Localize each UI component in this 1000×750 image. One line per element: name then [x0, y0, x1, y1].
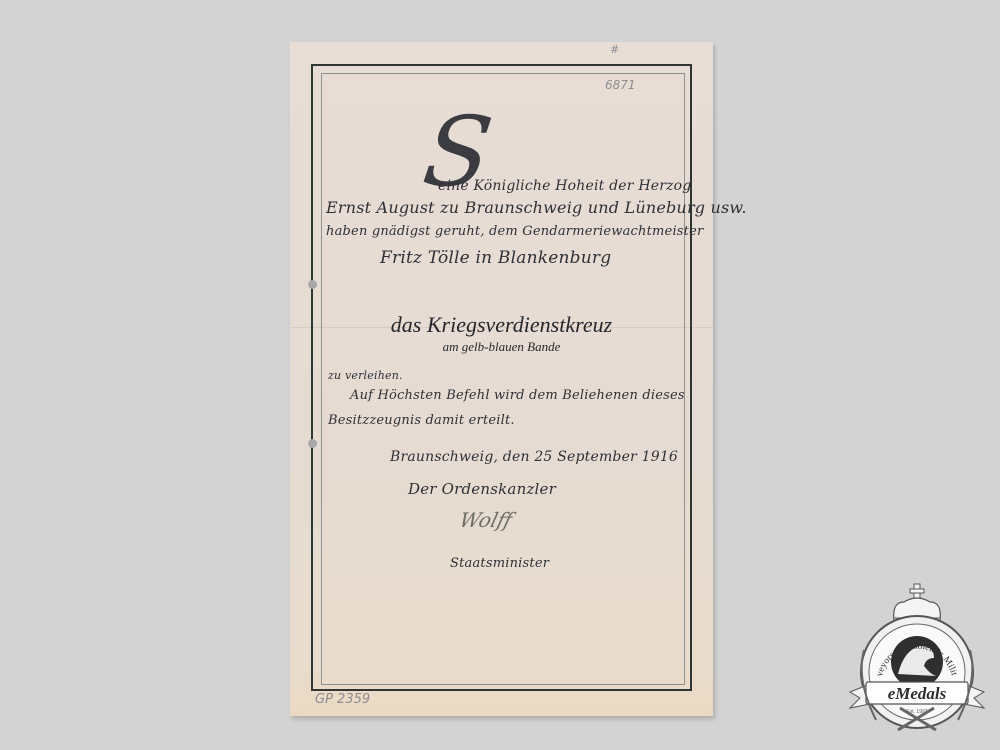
- award-title: das Kriegsverdienstkreuz: [290, 312, 713, 338]
- emedals-watermark-badge: Purveyors of Authentic Militaria eMedals…: [842, 580, 992, 740]
- text-line-3: haben gnädigst geruht, dem Gendarmeriewa…: [326, 224, 703, 239]
- laurel-crest-icon: Purveyors of Authentic Militaria eMedals…: [842, 580, 992, 740]
- closing-line-3: Besitzzeugnis damit erteilt.: [328, 413, 515, 428]
- text-line-2: Ernst August zu Braunschweig und Lünebur…: [326, 198, 747, 217]
- pencil-mark-number: 6871: [605, 78, 636, 92]
- signatory-role: Staatsminister: [450, 556, 549, 571]
- closing-line-1: zu verleihen.: [328, 369, 403, 382]
- pencil-reference: GP 2359: [315, 692, 370, 707]
- svg-text:eMedals: eMedals: [888, 684, 947, 703]
- punch-hole-top: [308, 280, 317, 289]
- award-subtitle: am gelb-blauen Bande: [290, 339, 713, 355]
- recipient-line: Fritz Tölle in Blankenburg: [380, 248, 611, 268]
- punch-hole-bottom: [308, 439, 317, 448]
- signature: Wolff: [457, 508, 515, 532]
- signatory-title: Der Ordenskanzler: [408, 480, 556, 498]
- closing-line-2: Auf Höchsten Befehl wird dem Beliehenen …: [350, 388, 685, 403]
- pencil-mark-symbol: #: [610, 43, 619, 56]
- award-document: # 6871 S eine Königliche Hoheit der Herz…: [290, 42, 713, 716]
- place-date: Braunschweig, den 25 September 1916: [390, 449, 678, 465]
- text-line-1: eine Königliche Hoheit der Herzog: [438, 178, 691, 194]
